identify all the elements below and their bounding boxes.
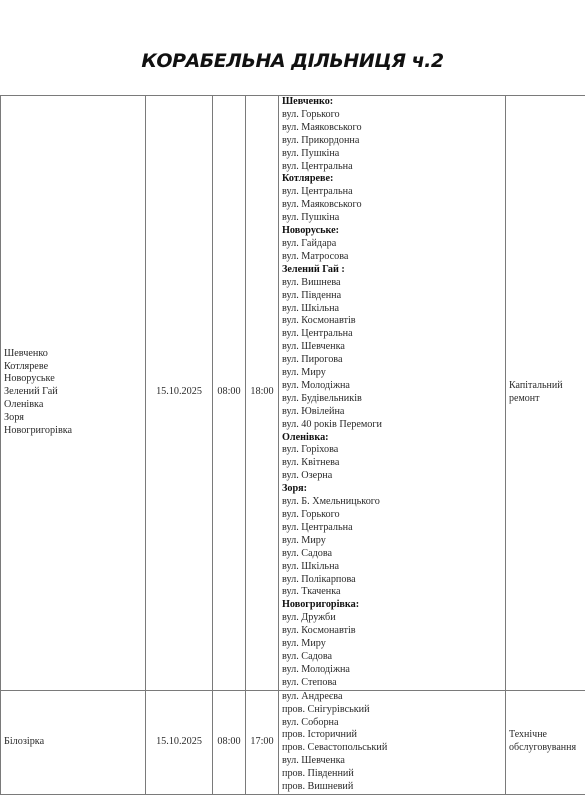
street-name: вул. Соборна xyxy=(282,717,502,730)
street-name: вул. Прикордонна xyxy=(282,135,502,148)
street-name: вул. Центральна xyxy=(282,328,502,341)
street-name: пров. Снігурівський xyxy=(282,704,502,717)
street-name: вул. Горького xyxy=(282,109,502,122)
street-name: вул. Шкільна xyxy=(282,303,502,316)
street-name: вул. Полікарпова xyxy=(282,574,502,587)
settlement-heading: Шевченко: xyxy=(282,96,502,109)
street-name: вул. Садова xyxy=(282,548,502,561)
time-from-cell: 08:00 xyxy=(213,690,246,794)
street-name: вул. Горького xyxy=(282,509,502,522)
street-name: вул. Південна xyxy=(282,290,502,303)
settlement-heading: Зелений Гай : xyxy=(282,264,502,277)
table-row: Білозірка15.10.202508:0017:00вул. Андреє… xyxy=(1,690,585,794)
streets-cell: Шевченко:вул. Горькоговул. Маяковськогов… xyxy=(279,96,506,691)
street-name: вул. Космонавтів xyxy=(282,315,502,328)
settlement-name: Оленівка xyxy=(4,399,142,412)
street-name: вул. Центральна xyxy=(282,186,502,199)
settlements-cell: ШевченкоКотляревеНоворуськеЗелений ГайОл… xyxy=(1,96,146,691)
street-name: вул. Миру xyxy=(282,638,502,651)
street-name: вул. Степова xyxy=(282,677,502,690)
work-type-text: ремонт xyxy=(509,393,583,406)
street-name: пров. Історичний xyxy=(282,729,502,742)
street-name: вул. Будівельників xyxy=(282,393,502,406)
work-type-cell: Технічнеобслуговування xyxy=(506,690,585,794)
street-name: вул. Маяковського xyxy=(282,122,502,135)
street-name: вул. Шевченка xyxy=(282,755,502,768)
outage-schedule-table: ШевченкоКотляревеНоворуськеЗелений ГайОл… xyxy=(0,95,585,795)
street-name: вул. Матросова xyxy=(282,251,502,264)
street-name: пров. Південний xyxy=(282,768,502,781)
street-name: вул. Шевченка xyxy=(282,341,502,354)
street-name: вул. Пушкіна xyxy=(282,148,502,161)
settlement-name: Новогригорівка xyxy=(4,425,142,438)
settlement-name: Котляреве xyxy=(4,361,142,374)
street-name: пров. Вишневий xyxy=(282,781,502,794)
street-name: вул. Горіхова xyxy=(282,444,502,457)
street-name: пров. Севастопольський xyxy=(282,742,502,755)
street-name: вул. Квітнева xyxy=(282,457,502,470)
settlement-name: Шевченко xyxy=(4,348,142,361)
street-name: вул. Андреєва xyxy=(282,691,502,704)
street-name: вул. Шкільна xyxy=(282,561,502,574)
work-type-text: обслуговування xyxy=(509,742,583,755)
street-name: вул. Ювілейна xyxy=(282,406,502,419)
settlement-heading: Оленівка: xyxy=(282,432,502,445)
settlement-name: Зоря xyxy=(4,412,142,425)
street-name: вул. Космонавтів xyxy=(282,625,502,638)
street-name: вул. 40 років Перемоги xyxy=(282,419,502,432)
time-from-cell: 08:00 xyxy=(213,96,246,691)
street-name: вул. Пушкіна xyxy=(282,212,502,225)
settlement-heading: Зоря: xyxy=(282,483,502,496)
street-name: вул. Озерна xyxy=(282,470,502,483)
street-name: вул. Миру xyxy=(282,535,502,548)
work-type-cell: Капітальнийремонт xyxy=(506,96,585,691)
street-name: вул. Молодіжна xyxy=(282,664,502,677)
table-row: ШевченкоКотляревеНоворуськеЗелений ГайОл… xyxy=(1,96,585,691)
street-name: вул. Гайдара xyxy=(282,238,502,251)
settlements-cell: Білозірка xyxy=(1,690,146,794)
settlement-name: Зелений Гай xyxy=(4,386,142,399)
page-title: КОРАБЕЛЬНА ДІЛЬНИЦЯ ч.2 xyxy=(0,50,585,72)
streets-cell: вул. Андреєвапров. Снігурівськийвул. Соб… xyxy=(279,690,506,794)
settlement-name: Білозірка xyxy=(4,736,142,749)
street-name: вул. Центральна xyxy=(282,161,502,174)
settlement-heading: Новоруське: xyxy=(282,225,502,238)
settlement-heading: Новогригорівка: xyxy=(282,599,502,612)
work-type-text: Технічне xyxy=(509,729,583,742)
street-name: вул. Маяковського xyxy=(282,199,502,212)
street-name: вул. Миру xyxy=(282,367,502,380)
time-to-cell: 18:00 xyxy=(246,96,279,691)
date-cell: 15.10.2025 xyxy=(146,96,213,691)
street-name: вул. Б. Хмельницького xyxy=(282,496,502,509)
street-name: вул. Ткаченка xyxy=(282,586,502,599)
street-name: вул. Вишнева xyxy=(282,277,502,290)
time-to-cell: 17:00 xyxy=(246,690,279,794)
settlement-heading: Котляреве: xyxy=(282,173,502,186)
street-name: вул. Молодіжна xyxy=(282,380,502,393)
date-cell: 15.10.2025 xyxy=(146,690,213,794)
work-type-text: Капітальний xyxy=(509,380,583,393)
street-name: вул. Центральна xyxy=(282,522,502,535)
street-name: вул. Пирогова xyxy=(282,354,502,367)
settlement-name: Новоруське xyxy=(4,373,142,386)
street-name: вул. Садова xyxy=(282,651,502,664)
street-name: вул. Дружби xyxy=(282,612,502,625)
